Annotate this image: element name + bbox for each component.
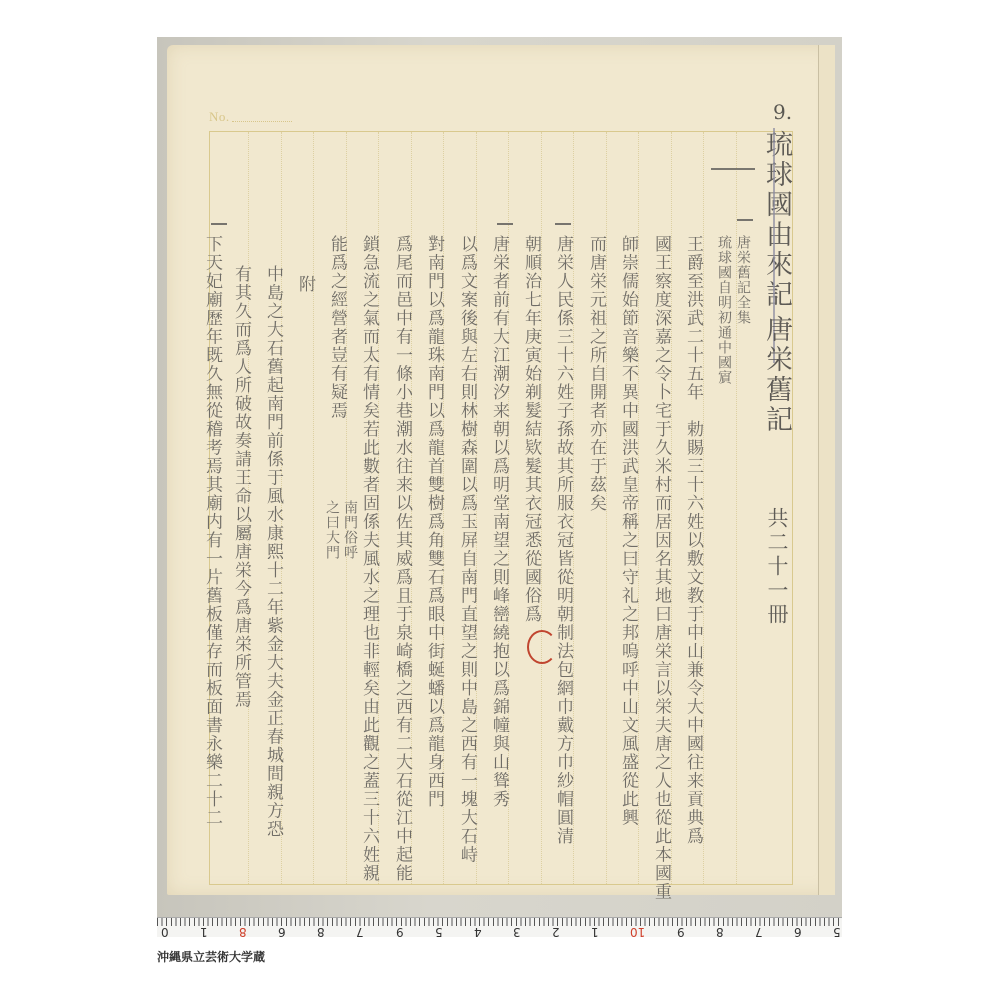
text-column: 中島之大石舊起南門前係于風水康熙十二年紫金大夫金正春城間親方恐 (261, 265, 285, 839)
ruler-number: 1 (591, 925, 599, 937)
ruler-number: 8 (317, 925, 325, 937)
text-column: 對南門以爲龍珠南門以爲龍首雙樹爲角雙石爲眼中街蜒蟠以爲龍身西門 (422, 235, 446, 809)
entry-bullet (555, 223, 571, 225)
title-dash-mark (711, 168, 755, 170)
collection-credit: 沖縄県立芸術大学蔵 (157, 948, 265, 965)
text-column: 朝順治七年庚寅始剃髮結欵髮其衣冠悉從國俗爲 (519, 235, 543, 624)
ruler-numbers: 0 1 8 6 8 7 9 5 4 3 2 1 10 9 8 7 6 5 (161, 925, 841, 937)
ruler-number: 4 (474, 925, 482, 937)
entry-bullet (737, 219, 753, 221)
page-binding-edge (818, 45, 835, 895)
text-column: 以爲文案後與左右則林樹森圍以爲玉屏自南門直望之則中島之西有一塊大石峙 (455, 235, 479, 864)
section-heading: 唐栄舊記 (760, 315, 792, 435)
ruler-number: 6 (278, 925, 286, 937)
ruler-number: 5 (833, 925, 841, 937)
page-number: 9. (773, 100, 792, 124)
red-correction-mark (527, 630, 557, 664)
text-column: 師崇儒始節音樂不異中國洪武皇帝稱之曰守礼之邦嗚呼中山文風盛從此興 (616, 235, 640, 827)
text-column: 琉球國自明初通中國賔 (715, 235, 733, 385)
ruler-number: 7 (356, 925, 364, 937)
ruler-number: 10 (630, 925, 645, 937)
interlinear-note: 南門俗呼之曰大門 (323, 500, 359, 570)
ruler-number: 8 (716, 925, 724, 937)
text-column: 有其久而爲人所破故奏請王命以屬唐栄今爲唐栄所管焉 (229, 265, 253, 709)
ruler-number: 9 (677, 925, 685, 937)
text-column: 唐栄者前有大江潮汐来朝以爲明堂南望之則峰巒繞抱以爲錦幢與山聳秀 (487, 235, 511, 809)
ruler-number: 5 (435, 925, 443, 937)
text-column: 能爲之經營者豈有疑焉 (325, 235, 349, 420)
ruler-number: 6 (794, 925, 802, 937)
manuscript-scan: No. 9. 琉球國由來記 唐栄舊記 共二十一冊 (157, 37, 842, 937)
text-column: 國王察度深嘉之令卜宅于久米村而居因名其地曰唐栄言以栄夫唐之人也從此本國重 (649, 235, 673, 901)
text-column: 王爵至洪武二十五年 勅賜三十六姓以敷文教于中山兼令大中國往来貢典爲 (681, 235, 705, 846)
manuscript-page: No. 9. 琉球國由來記 唐栄舊記 共二十一冊 (167, 45, 835, 895)
ruler-number: 2 (552, 925, 560, 937)
document-title: 琉球國由來記 (760, 130, 792, 310)
no-label: No. (209, 109, 230, 125)
measurement-ruler: 0 1 8 6 8 7 9 5 4 3 2 1 10 9 8 7 6 5 (157, 917, 842, 937)
text-column: 而唐栄元祖之所自開者亦在于茲矣 (584, 235, 608, 513)
text-column: 下天妃廟歷年既久無從稽考焉其廟内有一片舊板僅存而板面書永樂二十二 (200, 235, 224, 827)
text-column: 鎖急流之氣而太有情矣若此數者固係夫風水之理也非輕矣由此觀之蓋三十六姓親 (357, 235, 381, 883)
no-dotted-line (232, 121, 292, 122)
volume-count: 共二十一冊 (765, 507, 789, 627)
text-column: 爲尾而邑中有一條小巷潮水往来以佐其威爲且于泉崎橋之西有二大石從江中起能 (390, 235, 414, 883)
appendix-label: 附 (293, 275, 317, 294)
entry-bullet (497, 223, 513, 225)
ruler-number: 1 (200, 925, 208, 937)
ruler-number: 9 (396, 925, 404, 937)
ruler-number: 8 (239, 925, 247, 937)
column-rule (313, 132, 314, 884)
entry-bullet (211, 223, 227, 225)
subtitle-note: 唐栄舊記全集 (734, 235, 752, 325)
ruler-number: 0 (161, 925, 169, 937)
text-column: 唐栄人民係三十六姓子孫故其所服衣冠皆從明朝制法包網巾戴方巾紗帽圓清 (551, 235, 575, 846)
ruler-number: 3 (513, 925, 521, 937)
ruler-number: 7 (755, 925, 763, 937)
